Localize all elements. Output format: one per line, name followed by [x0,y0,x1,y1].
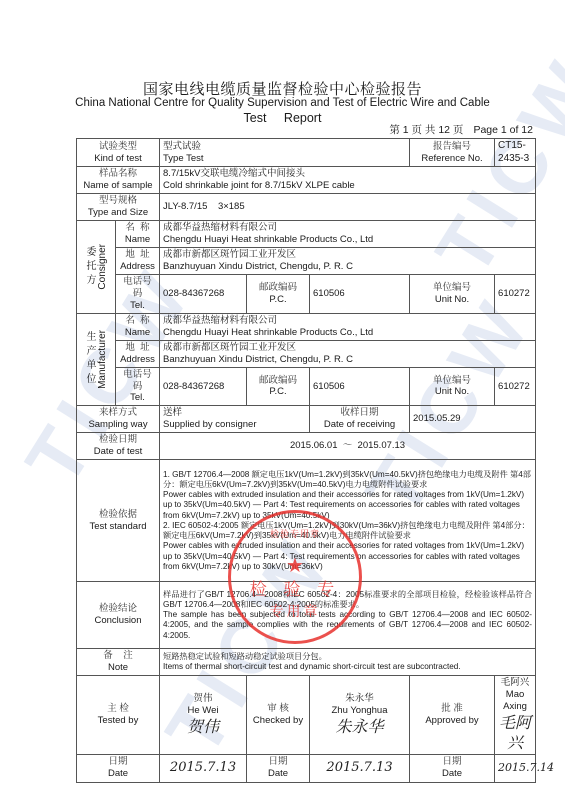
consigner-contact-row: 电话号码Tel. 028-84367268 邮政编码P.C. 610506 单位… [77,275,536,314]
manufacturer-unit-value: 610272 [495,367,536,406]
sample-name-value: 8.7/15kV交联电缆冷缩式中间接头Cold shrinkable joint… [160,167,536,194]
test-standard-label: 检验依据Test standard [77,460,160,582]
consigner-tel-value: 028-84367268 [160,275,247,314]
consigner-side-label: 委托方Consigner [77,221,116,314]
note-value: 短路热稳定试验和短路动稳定试验项目分包。Items of thermal sho… [160,649,536,676]
consigner-unit-value: 610272 [495,275,536,314]
test-date-label: 检验日期Date of test [77,433,160,460]
row-kind-of-test: 试验类型Kind of test 型式试验Type Test 报告编号Refer… [77,139,536,167]
receiving-label: 收样日期Date of receiving [310,406,410,433]
tested-by-signature: 贺伟 [163,717,243,737]
row-sample-name: 样品名称Name of sample 8.7/15kV交联电缆冷缩式中间接头Co… [77,167,536,194]
checked-by-value: 朱永华Zhu Yonghua 朱永华 [310,676,410,755]
consigner-address-label: 地 址Address [116,248,160,275]
standard-line: Power cables with extruded insulation an… [163,541,532,572]
kind-of-test-label: 试验类型Kind of test [77,139,160,167]
type-size-label: 型号规格Type and Size [77,194,160,221]
manufacturer-tel-value: 028-84367268 [160,367,247,406]
sampling-value: 送样Supplied by consigner [160,406,310,433]
manufacturer-pc-value: 610506 [310,367,410,406]
tested-date-label: 日期Date [77,754,160,782]
approved-by-signature: 毛阿兴 [498,713,532,753]
standard-line: Power cables with extruded insulation an… [163,490,532,521]
checked-by-signature: 朱永华 [313,717,406,737]
sampling-label: 来样方式Sampling way [77,406,160,433]
report-title-en: China National Centre for Quality Superv… [0,97,565,109]
manufacturer-name-value: 成都华益热缩材料有限公司Chengdu Huayi Heat shrinkabl… [160,313,536,340]
page-number: 第 1 页 共 12 页Page 1 of 12 [389,122,533,137]
report-table: 试验类型Kind of test 型式试验Type Test 报告编号Refer… [76,138,536,783]
checked-date-value: 2015.7.13 [310,754,410,782]
page-number-en: Page 1 of 12 [473,124,533,136]
manufacturer-pc-label: 邮政编码P.C. [247,367,310,406]
consigner-address-value: 成都市新都区斑竹园工业开发区Banzhuyuan Xindu District,… [160,248,536,275]
conclusion-value: 样品进行了GB/T 12706.4—2008和IEC 60502-4：2005标… [160,582,536,649]
tested-by-value: 贺伟He Wei 贺伟 [160,676,247,755]
row-sampling: 来样方式Sampling way 送样Supplied by consigner… [77,406,536,433]
row-test-standard: 检验依据Test standard 1. GB/T 12706.4—2008 额… [77,460,536,582]
manufacturer-address-label: 地 址Address [116,340,160,367]
consigner-name-value: 成都华益热缩材料有限公司Chengdu Huayi Heat shrinkabl… [160,221,536,248]
receiving-value: 2015.05.29 [410,406,536,433]
row-note: 备 注Note 短路热稳定试验和短路动稳定试验项目分包。Items of the… [77,649,536,676]
manufacturer-address-row: 地 址Address 成都市新都区斑竹园工业开发区Banzhuyuan Xind… [77,340,536,367]
row-signatures: 主 检Tested by 贺伟He Wei 贺伟 审 核Checked by 朱… [77,676,536,755]
reference-value: CT15-2435-3 [495,139,536,167]
sample-name-label: 样品名称Name of sample [77,167,160,194]
checked-date-label: 日期Date [247,754,310,782]
manufacturer-name-label: 名 称Name [116,313,160,340]
type-size-value: JLY-8.7/15 3×185 [160,194,536,221]
consigner-address-row: 地 址Address 成都市新都区斑竹园工业开发区Banzhuyuan Xind… [77,248,536,275]
standard-line: 1. GB/T 12706.4—2008 额定电压1kV(Um=1.2kV)到3… [163,470,532,491]
manufacturer-unit-label: 单位编号Unit No. [410,367,495,406]
row-test-date: 检验日期Date of test 2015.06.01 ～ 2015.07.13 [77,433,536,460]
page-number-cn: 第 1 页 共 12 页 [389,124,463,136]
note-label: 备 注Note [77,649,160,676]
consigner-pc-value: 610506 [310,275,410,314]
manufacturer-contact-row: 电话号码Tel. 028-84367268 邮政编码P.C. 610506 单位… [77,367,536,406]
consigner-pc-label: 邮政编码P.C. [247,275,310,314]
tested-by-label: 主 检Tested by [77,676,160,755]
consigner-unit-label: 单位编号Unit No. [410,275,495,314]
test-standard-value: 1. GB/T 12706.4—2008 额定电压1kV(Um=1.2kV)到3… [160,460,536,582]
consigner-tel-label: 电话号码Tel. [116,275,160,314]
manufacturer-name-row: 生产单位Manufacturer 名 称Name 成都华益热缩材料有限公司Che… [77,313,536,340]
row-conclusion: 检验结论Conclusion 样品进行了GB/T 12706.4—2008和IE… [77,582,536,649]
consigner-name-row: 委托方Consigner 名 称Name 成都华益热缩材料有限公司Chengdu… [77,221,536,248]
standard-line: 2. IEC 60502-4:2005 额定电压1kV(Um=1.2kV)到30… [163,521,532,542]
manufacturer-tel-label: 电话号码Tel. [116,367,160,406]
tested-date-value: 2015.7.13 [160,754,247,782]
approved-by-value: 毛阿兴Mao Axing 毛阿兴 [495,676,536,755]
manufacturer-side-label: 生产单位Manufacturer [77,313,116,406]
approved-by-label: 批 准Approved by [410,676,495,755]
approved-date-label: 日期Date [410,754,495,782]
approved-date-value: 2015.7.14 [495,754,536,782]
reference-label: 报告编号Reference No. [410,139,495,167]
conclusion-label: 检验结论Conclusion [77,582,160,649]
kind-of-test-value: 型式试验Type Test [160,139,410,167]
consigner-name-label: 名 称Name [116,221,160,248]
test-date-value: 2015.06.01 ～ 2015.07.13 [160,433,536,460]
checked-by-label: 审 核Checked by [247,676,310,755]
report-title-cn: 国家电线电缆质量监督检验中心检验报告 [0,78,565,99]
row-sign-dates: 日期Date 2015.7.13 日期Date 2015.7.13 日期Date… [77,754,536,782]
row-type-size: 型号规格Type and Size JLY-8.7/15 3×185 [77,194,536,221]
manufacturer-address-value: 成都市新都区斑竹园工业开发区Banzhuyuan Xindu District,… [160,340,536,367]
